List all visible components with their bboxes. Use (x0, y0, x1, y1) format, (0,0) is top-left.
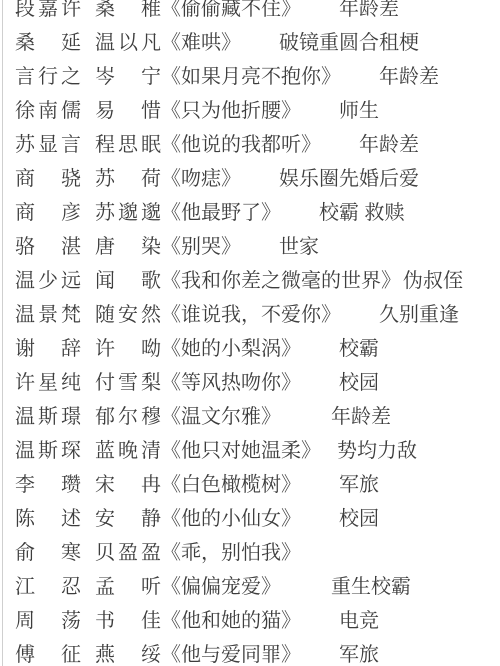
book-list-item: 徐南儒易惜《只为他折腰》师生 (15, 94, 500, 128)
genre-tag: 势均力敌 (337, 440, 417, 462)
female-lead-name: 宋冉 (95, 468, 161, 502)
male-lead-name: 温少远 (15, 264, 81, 298)
book-title: 《他说的我都听》 (161, 134, 321, 156)
book-title: 《他只对她温柔》 (161, 440, 321, 462)
book-title: 《如果月亮不抱你》 (161, 66, 341, 88)
book-list: 段嘉许桑稚《偷偷藏不住》年龄差 桑延温以凡《难哄》破镜重圆合租梗 言行之岑宁《如… (0, 0, 500, 666)
male-lead-name: 言行之 (15, 60, 81, 94)
book-title: 《乖，别怕我》 (161, 542, 301, 564)
male-lead-name: 谢辞 (15, 332, 81, 366)
genre-tag: 师生 (339, 100, 379, 122)
book-list-item: 苏显言程思眠《他说的我都听》年龄差 (15, 128, 500, 162)
genre-tag: 年龄差 (379, 66, 439, 88)
book-list-item: 温少远闻歌《我和你差之微毫的世界》伪叔侄 (15, 264, 500, 298)
book-list-item: 言行之岑宁《如果月亮不抱你》年龄差 (15, 60, 500, 94)
book-list-item: 温斯璟郁尔穆《温文尔雅》年龄差 (15, 400, 500, 434)
book-list-item: 周荡书佳《他和她的猫》电竞 (15, 604, 500, 638)
genre-tag: 电竞 (339, 610, 379, 632)
female-lead-name: 孟听 (95, 570, 161, 604)
genre-tag: 破镜重圆合租梗 (279, 32, 419, 54)
genre-tag: 重生校霸 (331, 576, 411, 598)
book-title: 《只为他折腰》 (161, 100, 301, 122)
genre-tag: 校霸 救赎 (319, 202, 405, 224)
genre-tag: 校园 (339, 372, 379, 394)
male-lead-name: 江忍 (15, 570, 81, 604)
male-lead-name: 傅征 (15, 638, 81, 666)
female-lead-name: 燕绥 (95, 638, 161, 666)
book-list-item: 骆湛唐染《别哭》世家 (15, 230, 500, 264)
book-title: 《吻痣》 (161, 168, 241, 190)
book-title: 《他的小仙女》 (161, 508, 301, 530)
book-title: 《偏偏宠爱》 (161, 576, 281, 598)
female-lead-name: 桑稚 (95, 0, 161, 26)
male-lead-name: 桑延 (15, 26, 81, 60)
book-list-item: 李瓒宋冉《白色橄榄树》军旅 (15, 468, 500, 502)
female-lead-name: 郁尔穆 (95, 400, 161, 434)
male-lead-name: 李瓒 (15, 468, 81, 502)
book-list-item: 傅征燕绥《他与爱同罪》军旅 (15, 638, 500, 666)
book-title: 《偷偷藏不住》 (161, 0, 301, 20)
book-list-item: 江忍孟听《偏偏宠爱》重生校霸 (15, 570, 500, 604)
female-lead-name: 贝盈盈 (95, 536, 161, 570)
male-lead-name: 骆湛 (15, 230, 81, 264)
genre-tag: 年龄差 (339, 0, 399, 20)
book-list-item: 温景梵随安然《谁说我，不爱你》久别重逢 (15, 298, 500, 332)
book-list-item: 许星纯付雪梨《等风热吻你》校园 (15, 366, 500, 400)
book-title: 《他最野了》 (161, 202, 281, 224)
male-lead-name: 徐南儒 (15, 94, 81, 128)
genre-tag: 军旅 (339, 644, 379, 666)
male-lead-name: 商彦 (15, 196, 81, 230)
female-lead-name: 苏邈邈 (95, 196, 161, 230)
left-edge-divider (2, 0, 3, 666)
female-lead-name: 闻歌 (95, 264, 161, 298)
female-lead-name: 书佳 (95, 604, 161, 638)
book-list-item: 温斯琛蓝晚清《他只对她温柔》势均力敌 (15, 434, 500, 468)
female-lead-name: 易惜 (95, 94, 161, 128)
male-lead-name: 陈述 (15, 502, 81, 536)
genre-tag: 年龄差 (359, 134, 419, 156)
book-title: 《难哄》 (161, 32, 241, 54)
book-list-item: 俞寒贝盈盈《乖，别怕我》 (15, 536, 500, 570)
female-lead-name: 程思眠 (95, 128, 161, 162)
genre-tag: 伪叔侄 (403, 270, 463, 292)
genre-tag: 娱乐圈先婚后爱 (279, 168, 419, 190)
genre-tag: 年龄差 (331, 406, 391, 428)
female-lead-name: 许呦 (95, 332, 161, 366)
male-lead-name: 周荡 (15, 604, 81, 638)
female-lead-name: 安静 (95, 502, 161, 536)
book-list-item: 商彦苏邈邈《他最野了》校霸 救赎 (15, 196, 500, 230)
male-lead-name: 苏显言 (15, 128, 81, 162)
female-lead-name: 苏荷 (95, 162, 161, 196)
female-lead-name: 蓝晚清 (95, 434, 161, 468)
book-list-item: 陈述安静《他的小仙女》校园 (15, 502, 500, 536)
female-lead-name: 温以凡 (95, 26, 161, 60)
genre-tag: 校霸 (339, 338, 379, 360)
novel-list-page: 段嘉许桑稚《偷偷藏不住》年龄差 桑延温以凡《难哄》破镜重圆合租梗 言行之岑宁《如… (0, 0, 500, 666)
book-title: 《她的小梨涡》 (161, 338, 301, 360)
female-lead-name: 随安然 (95, 298, 161, 332)
genre-tag: 世家 (279, 236, 319, 258)
genre-tag: 校园 (339, 508, 379, 530)
book-list-item: 谢辞许呦《她的小梨涡》校霸 (15, 332, 500, 366)
book-title: 《他与爱同罪》 (161, 644, 301, 666)
male-lead-name: 商骁 (15, 162, 81, 196)
male-lead-name: 温斯璟 (15, 400, 81, 434)
book-title: 《我和你差之微毫的世界》 (161, 270, 401, 292)
male-lead-name: 许星纯 (15, 366, 81, 400)
book-title: 《他和她的猫》 (161, 610, 301, 632)
book-title: 《谁说我，不爱你》 (161, 304, 341, 326)
book-list-item: 桑延温以凡《难哄》破镜重圆合租梗 (15, 26, 500, 60)
book-title: 《白色橄榄树》 (161, 474, 301, 496)
genre-tag: 军旅 (339, 474, 379, 496)
book-title: 《温文尔雅》 (161, 406, 281, 428)
book-list-item: 商骁苏荷《吻痣》娱乐圈先婚后爱 (15, 162, 500, 196)
male-lead-name: 温斯琛 (15, 434, 81, 468)
genre-tag: 久别重逢 (379, 304, 459, 326)
male-lead-name: 段嘉许 (15, 0, 81, 26)
book-list-item: 段嘉许桑稚《偷偷藏不住》年龄差 (15, 0, 500, 26)
book-title: 《别哭》 (161, 236, 241, 258)
female-lead-name: 岑宁 (95, 60, 161, 94)
female-lead-name: 唐染 (95, 230, 161, 264)
male-lead-name: 温景梵 (15, 298, 81, 332)
book-title: 《等风热吻你》 (161, 372, 301, 394)
female-lead-name: 付雪梨 (95, 366, 161, 400)
male-lead-name: 俞寒 (15, 536, 81, 570)
